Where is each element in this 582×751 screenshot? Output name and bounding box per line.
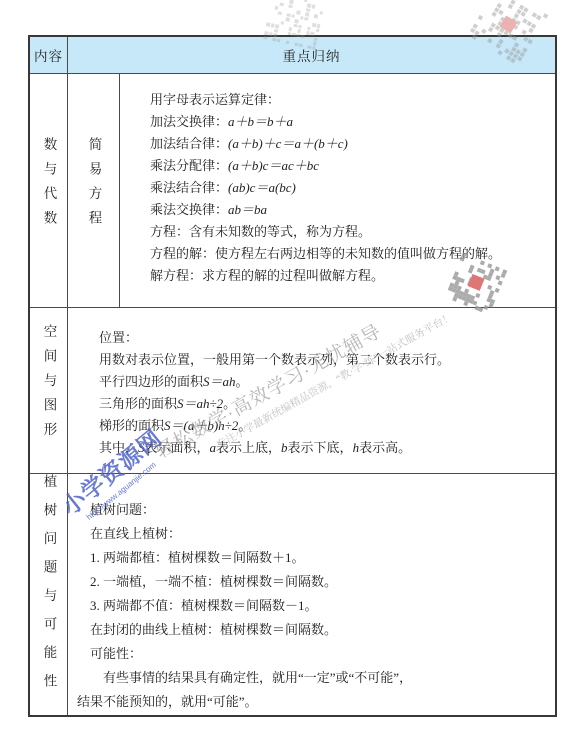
text-line: 可能性： xyxy=(77,642,547,666)
text-line: 植树问题： xyxy=(77,498,547,522)
text-line: 三角形的面积S＝ah÷2。 xyxy=(99,393,547,415)
text-line: 3. 两端都不值：植树棵数＝间隔数－1。 xyxy=(77,594,547,618)
header-summary-label: 重点归纳 xyxy=(283,45,341,65)
text-line: 2. 一端植，一端不植：植树棵数＝间隔数。 xyxy=(77,570,547,594)
category-label-tree-planting-possibility: 植树问题与可能性 xyxy=(39,474,59,702)
text-line: 加法结合律：(a＋b)＋c＝a＋(b＋c) xyxy=(150,133,547,155)
summary-table: 内容 重点归纳 数与代数 简易方程 用字母表示运算定律：加法交换律：a＋b＝b＋… xyxy=(28,35,557,717)
summary-content-space-shapes: 位置：用数对表示位置，一般用第一个数表示列，第二个数表示行。平行四边形的面积S＝… xyxy=(68,308,555,473)
text-line: 方程的解：使方程左右两边相等的未知数的值叫做方程的解。 xyxy=(150,243,547,265)
text-line: 有些事情的结果具有确定性，就用“一定”或“不可能”， xyxy=(77,666,547,690)
subcategory-label-simple-equations: 简易方程 xyxy=(84,137,104,235)
text-line: 结果不能预知的，就用“可能”。 xyxy=(77,690,547,714)
category-cell-number-algebra: 数与代数 xyxy=(30,74,68,307)
text-line: 乘法分配律：(a＋b)c＝ac＋bc xyxy=(150,155,547,177)
text-line: 其中，S表示面积，a表示上底，b表示下底，h表示高。 xyxy=(99,437,547,459)
category-label-space-shapes: 空间与图形 xyxy=(39,324,59,447)
category-label-number-algebra: 数与代数 xyxy=(39,137,59,235)
text-line: 加法交换律：a＋b＝b＋a xyxy=(150,111,547,133)
text-line: 用数对表示位置，一般用第一个数表示列，第二个数表示行。 xyxy=(99,349,547,371)
text-line: 在直线上植树： xyxy=(77,522,547,546)
header-summary-cell: 重点归纳 xyxy=(68,37,555,73)
text-line: 在封闭的曲线上植树：植树棵数＝间隔数。 xyxy=(77,618,547,642)
text-line: 梯形的面积S＝(a＋b)h÷2。 xyxy=(99,415,547,437)
text-line: 1. 两端都植：植树棵数＝间隔数＋1。 xyxy=(77,546,547,570)
table-row-number-algebra: 数与代数 简易方程 用字母表示运算定律：加法交换律：a＋b＝b＋a加法结合律：(… xyxy=(30,73,555,307)
category-cell-tree-planting-possibility: 植树问题与可能性 xyxy=(30,474,68,715)
header-content-label: 内容 xyxy=(34,45,63,65)
table-header-row: 内容 重点归纳 xyxy=(30,37,555,73)
subcategory-cell-simple-equations: 简易方程 xyxy=(68,74,120,307)
text-line: 方程：含有未知数的等式，称为方程。 xyxy=(150,221,547,243)
document-page: 内容 重点归纳 数与代数 简易方程 用字母表示运算定律：加法交换律：a＋b＝b＋… xyxy=(0,0,582,751)
text-line: 位置： xyxy=(99,327,547,349)
summary-content-number-algebra: 用字母表示运算定律：加法交换律：a＋b＝b＋a加法结合律：(a＋b)＋c＝a＋(… xyxy=(120,74,555,307)
header-content-cell: 内容 xyxy=(30,37,68,73)
table-row-tree-planting-possibility: 植树问题与可能性 植树问题： 在直线上植树： 1. 两端都植：植树棵数＝间隔数＋… xyxy=(30,473,555,715)
text-line: 解方程：求方程的解的过程叫做解方程。 xyxy=(150,265,547,287)
summary-content-tree-planting-possibility: 植树问题： 在直线上植树： 1. 两端都植：植树棵数＝间隔数＋1。 2. 一端植… xyxy=(68,474,555,715)
text-line: 用字母表示运算定律： xyxy=(150,89,547,111)
text-line: 乘法交换律：ab＝ba xyxy=(150,199,547,221)
text-line: 乘法结合律：(ab)c＝a(bc) xyxy=(150,177,547,199)
category-cell-space-shapes: 空间与图形 xyxy=(30,308,68,473)
text-line: 平行四边形的面积S＝ah。 xyxy=(99,371,547,393)
table-row-space-shapes: 空间与图形 位置：用数对表示位置，一般用第一个数表示列，第二个数表示行。平行四边… xyxy=(30,307,555,473)
